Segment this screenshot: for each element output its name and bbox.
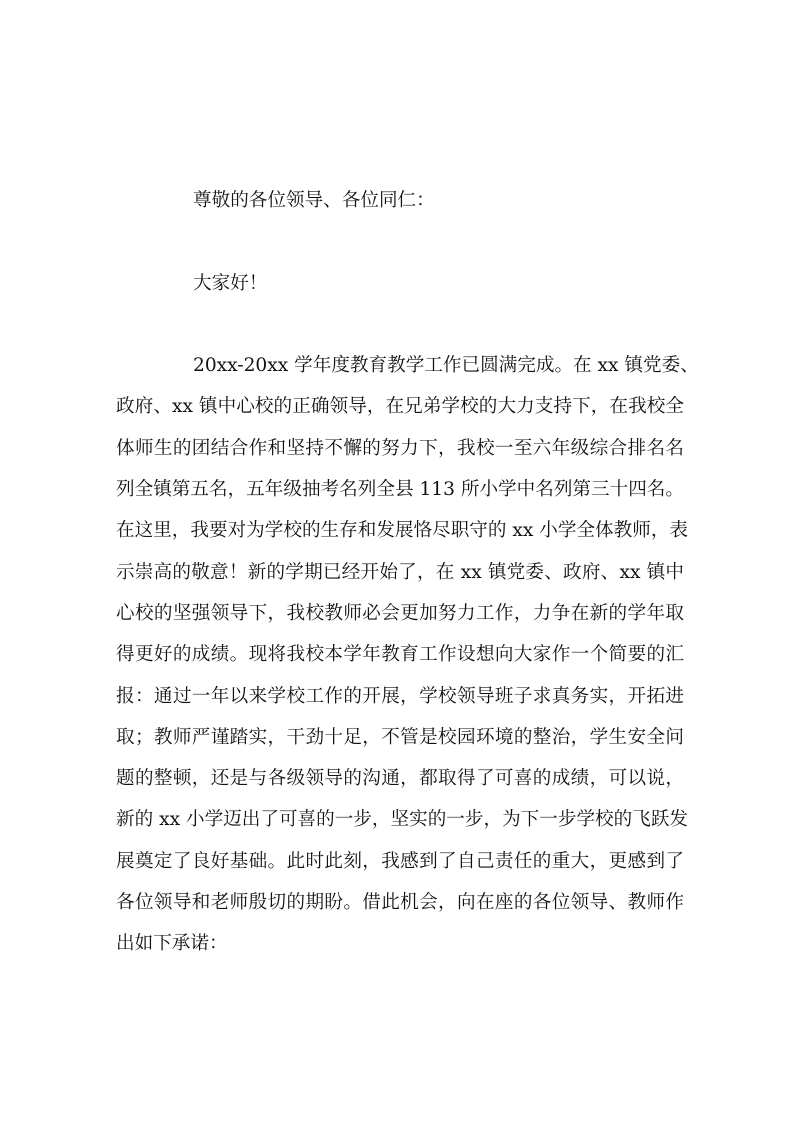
blank-spacer xyxy=(116,221,684,262)
blank-line xyxy=(116,221,684,262)
paragraph-line: 列全镇第五名，五年级抽考名列全县 113 所小学中名列第三十四名。 xyxy=(116,469,684,510)
paragraph-line: 示崇高的敬意！新的学期已经开始了，在 xx 镇党委、政府、xx 镇中 xyxy=(116,552,684,593)
paragraph-line: 新的 xx 小学迈出了可喜的一步，坚实的一步，为下一步学校的飞跃发 xyxy=(116,799,684,840)
salutation-paragraph: 尊敬的各位领导、各位同仁： xyxy=(116,180,684,221)
greeting-paragraph: 大家好！ xyxy=(116,263,684,304)
paragraph-line-last: 出如下承诺： xyxy=(116,923,684,964)
greeting-text: 大家好！ xyxy=(116,263,684,304)
paragraph-line: 展奠定了良好基础。此时此刻，我感到了自己责任的重大，更感到了 xyxy=(116,841,684,882)
paragraph-line: 各位领导和老师殷切的期盼。借此机会，向在座的各位领导、教师作 xyxy=(116,882,684,923)
paragraph-line: 得更好的成绩。现将我校本学年教育工作设想向大家作一个简要的汇 xyxy=(116,634,684,675)
document-page: 尊敬的各位领导、各位同仁： 大家好！ 20xx-20xx 学年度教育教学工作已圆… xyxy=(0,0,793,1122)
paragraph-line: 20xx-20xx 学年度教育教学工作已圆满完成。在 xx 镇党委、 xyxy=(116,345,684,386)
paragraph-line: 题的整顿，还是与各级领导的沟通，都取得了可喜的成绩，可以说， xyxy=(116,758,684,799)
paragraph-line: 报：通过一年以来学校工作的开展，学校领导班子求真务实，开拓进 xyxy=(116,676,684,717)
paragraph-line: 政府、xx 镇中心校的正确领导，在兄弟学校的大力支持下，在我校全 xyxy=(116,386,684,427)
paragraph-line: 心校的坚强领导下，我校教师必会更加努力工作，力争在新的学年取 xyxy=(116,593,684,634)
body-paragraph: 20xx-20xx 学年度教育教学工作已圆满完成。在 xx 镇党委、 政府、xx… xyxy=(116,345,684,964)
salutation-text: 尊敬的各位领导、各位同仁： xyxy=(116,180,684,221)
blank-spacer xyxy=(116,304,684,345)
paragraph-line: 在这里，我要对为学校的生存和发展恪尽职守的 xx 小学全体教师，表 xyxy=(116,510,684,551)
paragraph-line: 取；教师严谨踏实，干劲十足，不管是校园环境的整治，学生安全问 xyxy=(116,717,684,758)
document-body: 尊敬的各位领导、各位同仁： 大家好！ 20xx-20xx 学年度教育教学工作已圆… xyxy=(116,180,684,965)
paragraph-line: 体师生的团结合作和坚持不懈的努力下，我校一至六年级综合排名名 xyxy=(116,428,684,469)
blank-line xyxy=(116,304,684,345)
